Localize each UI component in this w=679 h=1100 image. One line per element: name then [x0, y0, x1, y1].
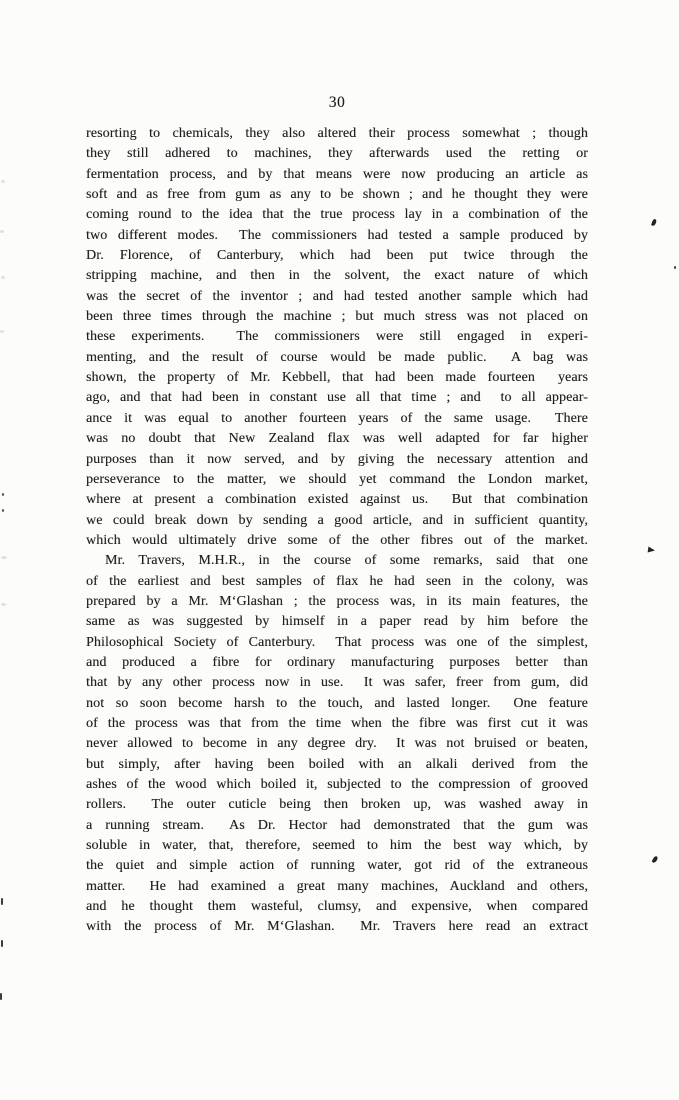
- scan-speck: [1, 603, 6, 606]
- text-line: where at present a combination existed a…: [86, 490, 588, 510]
- scan-speck: [0, 993, 2, 1000]
- text-line: we could break down by sending a good ar…: [86, 511, 588, 531]
- text-line: prepared by a Mr. M‘Glashan ; the proces…: [86, 592, 588, 612]
- text-line: been three times through the machine ; b…: [86, 307, 588, 327]
- text-line: Philosophical Society of Canterbury. Tha…: [86, 633, 588, 653]
- text-line: was the secret of the inventor ; and had…: [86, 287, 588, 307]
- scan-speck: [1, 898, 3, 905]
- text-block: resorting to chemicals, they also altere…: [86, 124, 588, 938]
- paragraph: Mr. Travers, M.H.R., in the course of so…: [86, 551, 588, 938]
- text-line: matter. He had examined a great many mac…: [86, 877, 588, 897]
- paragraph: resorting to chemicals, they also altere…: [86, 124, 588, 551]
- text-line: and produced a fibre for ordinary manufa…: [86, 653, 588, 673]
- scan-speck: [674, 266, 676, 269]
- text-line: soft and as free from gum as any to be s…: [86, 185, 588, 205]
- scan-speck: [2, 493, 4, 496]
- text-line: resorting to chemicals, they also altere…: [86, 124, 588, 144]
- text-line: the quiet and simple action of running w…: [86, 856, 588, 876]
- text-line: soluble in water, that, therefore, seeme…: [86, 836, 588, 856]
- text-line: shown, the property of Mr. Kebbell, that…: [86, 368, 588, 388]
- text-line: not so soon become harsh to the touch, a…: [86, 694, 588, 714]
- scan-speck: [2, 509, 4, 512]
- document-page: 30 resorting to chemicals, they also alt…: [0, 0, 679, 1100]
- scan-speck: [648, 547, 656, 554]
- text-line: was no doubt that New Zealand flax was w…: [86, 429, 588, 449]
- text-line: which would ultimately drive some of the…: [86, 531, 588, 551]
- text-line: menting, and the result of course would …: [86, 348, 588, 368]
- page-number: 30: [86, 94, 588, 112]
- scan-speck: [652, 855, 659, 863]
- text-line: same as was suggested by himself in a pa…: [86, 612, 588, 632]
- text-line: never allowed to become in any degree dr…: [86, 734, 588, 754]
- text-line: with the process of Mr. M‘Glashan. Mr. T…: [86, 917, 588, 937]
- text-line: stripping machine, and then in the solve…: [86, 266, 588, 286]
- text-line: of the process was that from the time wh…: [86, 714, 588, 734]
- text-line: these experiments. The commissioners wer…: [86, 327, 588, 347]
- text-line: of the earliest and best samples of flax…: [86, 572, 588, 592]
- text-line: but simply, after having been boiled wit…: [86, 755, 588, 775]
- text-line: Dr. Florence, of Canterbury, which had b…: [86, 246, 588, 266]
- text-line: and he thought them wasteful, clumsy, an…: [86, 897, 588, 917]
- text-line: perseverance to the matter, we should ye…: [86, 470, 588, 490]
- text-line: ago, and that had been in constant use a…: [86, 388, 588, 408]
- scan-speck: [1, 276, 5, 279]
- text-line: purposes than it now served, and by givi…: [86, 450, 588, 470]
- text-line: ance it was equal to another fourteen ye…: [86, 409, 588, 429]
- text-line: coming round to the idea that the true p…: [86, 205, 588, 225]
- scan-speck: [1, 940, 3, 947]
- scan-speck: [0, 330, 4, 333]
- scan-speck: [651, 219, 657, 227]
- scan-speck: [0, 230, 4, 233]
- text-line: Mr. Travers, M.H.R., in the course of so…: [86, 551, 588, 571]
- scan-speck: [1, 180, 5, 183]
- text-line: two different modes. The commissioners h…: [86, 226, 588, 246]
- text-line: they still adhered to machines, they aft…: [86, 144, 588, 164]
- text-line: ashes of the wood which boiled it, subje…: [86, 775, 588, 795]
- text-line: that by any other process now in use. It…: [86, 673, 588, 693]
- text-line: a running stream. As Dr. Hector had demo…: [86, 816, 588, 836]
- text-line: rollers. The outer cuticle being then br…: [86, 795, 588, 815]
- scan-speck: [1, 556, 7, 559]
- text-line: fermentation process, and by that means …: [86, 165, 588, 185]
